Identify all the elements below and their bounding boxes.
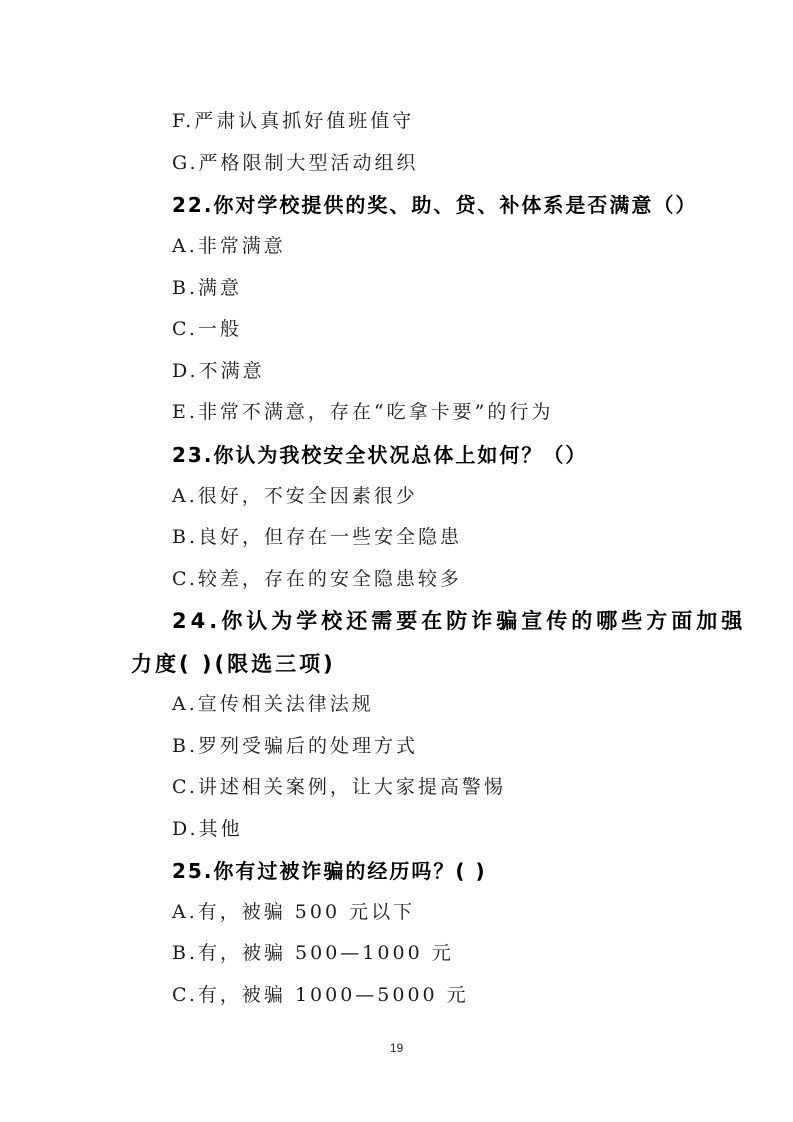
question-24-line1: 24.你认为学校还需要在防诈骗宣传的哪些方面加强	[172, 605, 746, 635]
q22-option-e: E.非常不满意，存在“吃拿卡要”的行为	[172, 397, 553, 424]
q24-option-d: D.其他	[172, 814, 243, 841]
q23-option-b: B.良好，但存在一些安全隐患	[172, 522, 462, 549]
option-g: G.严格限制大型活动组织	[172, 148, 419, 175]
q23-option-c: C.较差，存在的安全隐患较多	[172, 564, 462, 591]
question-25: 25.你有过被诈骗的经历吗？( )	[172, 855, 487, 884]
question-23: 23.你认为我校安全状况总体上如何？（）	[172, 439, 587, 468]
q23-option-a: A.很好，不安全因素很少	[172, 481, 418, 508]
q22-option-d: D.不满意	[172, 356, 265, 383]
q24-option-c: C.讲述相关案例，让大家提高警惕	[172, 772, 506, 799]
q22-option-b: B.满意	[172, 273, 242, 300]
option-f: F.严肃认真抓好值班值守	[172, 106, 414, 133]
q24-option-b: B.罗列受骗后的处理方式	[172, 731, 418, 758]
question-24-line2: 力度( )(限选三项)	[131, 648, 336, 678]
q25-option-a: A.有，被骗 500 元以下	[172, 897, 415, 924]
q22-option-a: A.非常满意	[172, 231, 286, 258]
page-number: 19	[0, 1041, 793, 1055]
question-22: 22.你对学校提供的奖、助、贷、补体系是否满意（）	[172, 189, 697, 218]
q25-option-c: C.有，被骗 1000—5000 元	[172, 980, 469, 1007]
q25-option-b: B.有，被骗 500—1000 元	[172, 938, 454, 965]
q22-option-c: C.一般	[172, 314, 242, 341]
q24-option-a: A.宣传相关法律法规	[172, 689, 374, 716]
